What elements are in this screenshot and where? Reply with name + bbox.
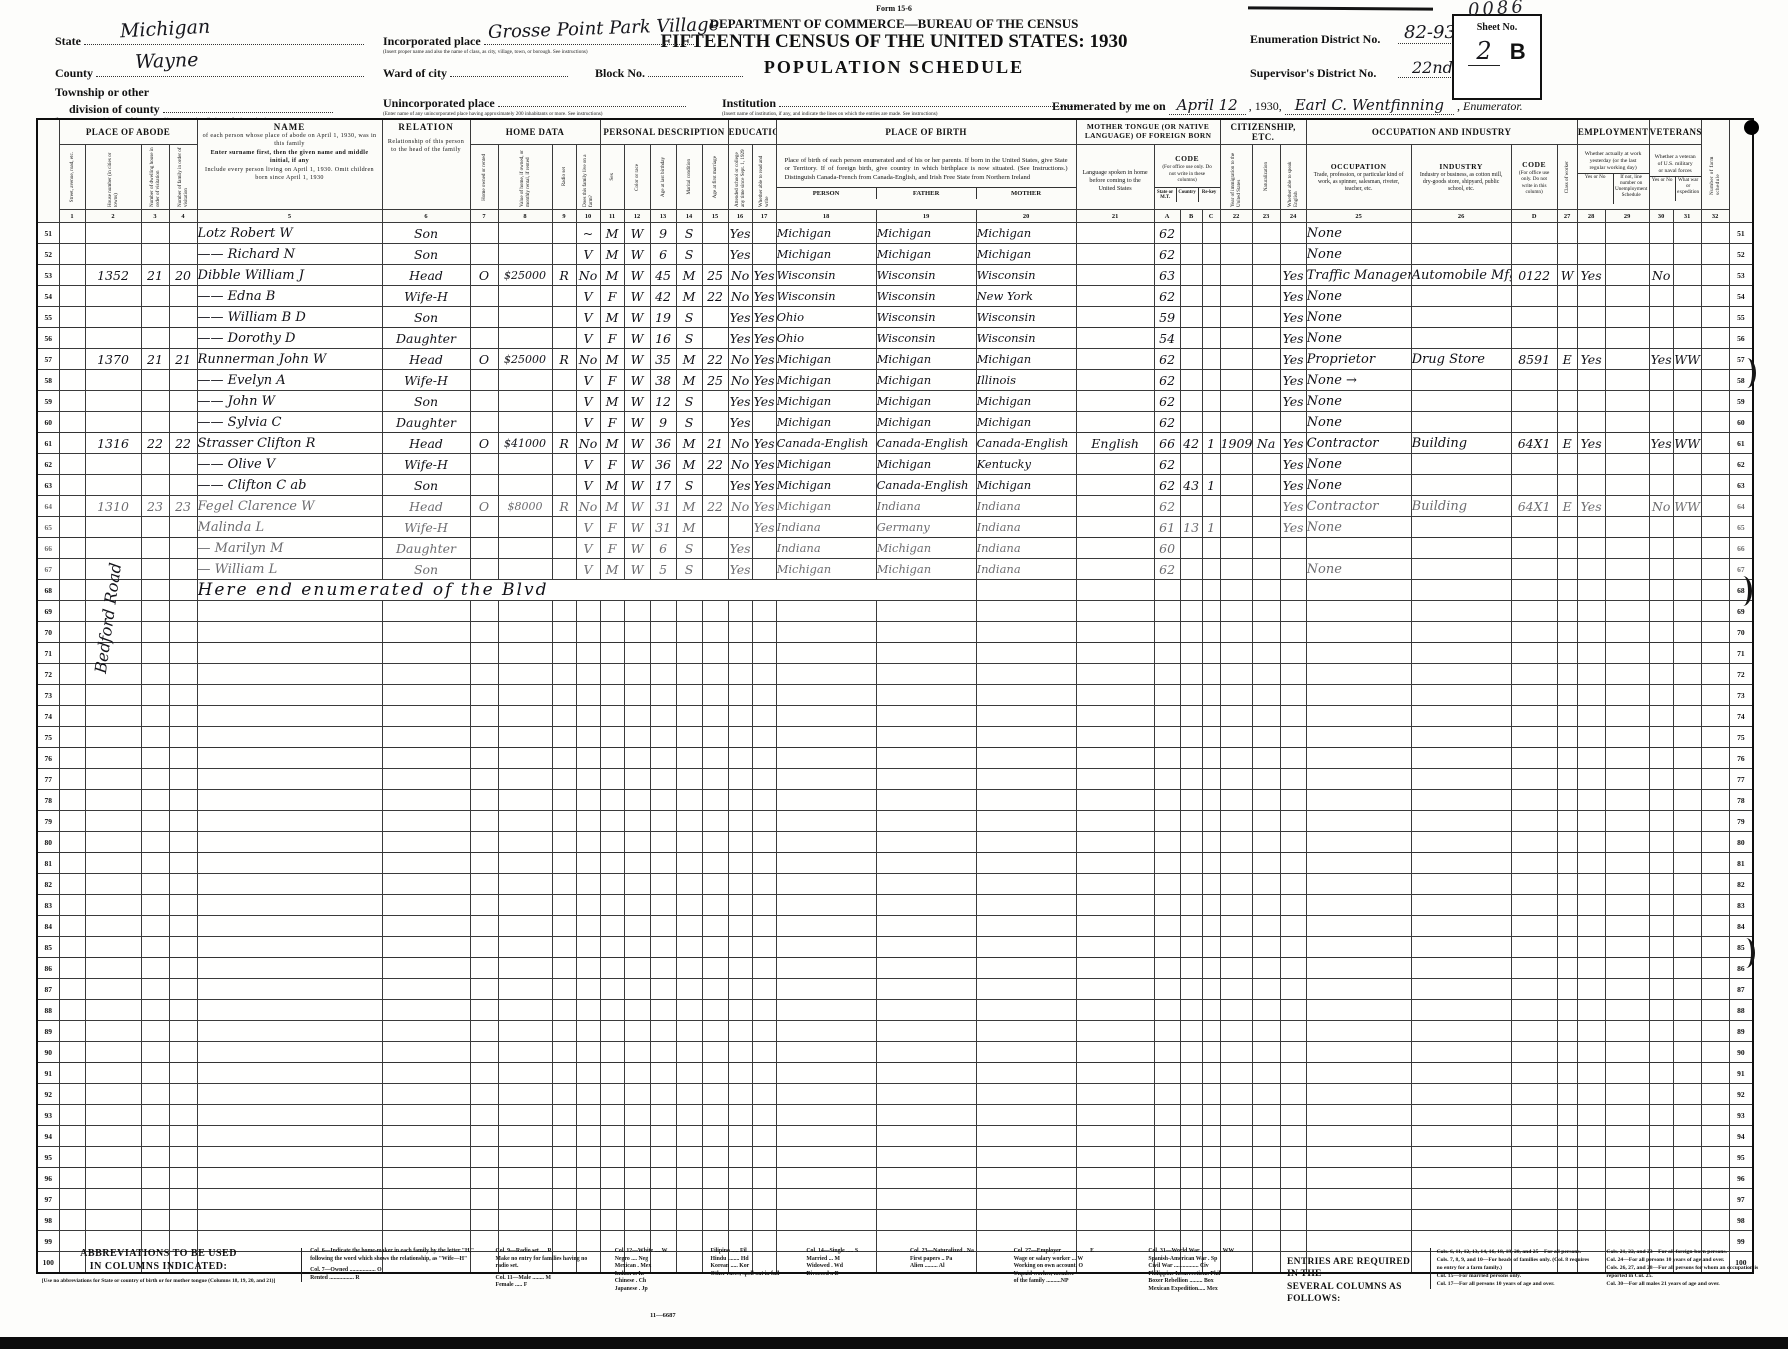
cell-dwell (141, 790, 169, 811)
cell-farm (576, 664, 600, 685)
cell-imm (1220, 538, 1252, 559)
cell-agem (702, 1042, 728, 1063)
cell-agem (702, 727, 728, 748)
cell-dwell (141, 391, 169, 412)
cell-cC (1202, 412, 1220, 433)
cell-house (85, 1168, 141, 1189)
cell-race (624, 1147, 650, 1168)
cell-farm (576, 601, 600, 622)
cell-age (650, 1189, 676, 1210)
cell-vet (1649, 307, 1673, 328)
cell-nat (1252, 769, 1280, 790)
cell-cD (1511, 412, 1557, 433)
cell-ind (1411, 622, 1511, 643)
schedule-row: 7575 (37, 727, 1753, 748)
cell-house (85, 538, 141, 559)
cell-farm (576, 1042, 600, 1063)
cell-rel: Son (382, 307, 470, 328)
cell-tng (1076, 454, 1154, 475)
cell-pbf (876, 1105, 976, 1126)
cell-dwell (141, 622, 169, 643)
cell-sex (600, 1021, 624, 1042)
cell-val (498, 286, 552, 307)
header-home-data: HOME DATA (470, 119, 600, 145)
cell-nat (1252, 1105, 1280, 1126)
cell-agem (702, 832, 728, 853)
cell-emp (1577, 1105, 1605, 1126)
cell-tng (1076, 370, 1154, 391)
cell-occ (1306, 748, 1411, 769)
cell-farm (576, 937, 600, 958)
cell-pbm: Michigan (976, 412, 1076, 433)
cell-cls (1557, 853, 1577, 874)
cell-occ: None → (1306, 370, 1411, 391)
cell-fs (1701, 958, 1729, 979)
cell-pbp (776, 1042, 876, 1063)
cell-cA: 62 (1154, 223, 1180, 244)
cell-fs (1701, 706, 1729, 727)
cell-unemp (1605, 559, 1649, 580)
column-number: 23 (1252, 210, 1280, 223)
cell-race: W (624, 244, 650, 265)
cell-race: W (624, 538, 650, 559)
row-number: 87 (1729, 979, 1753, 1000)
cell-fs (1701, 412, 1729, 433)
cell-radio (552, 391, 576, 412)
column-number: 7 (470, 210, 498, 223)
row-number: 53 (37, 265, 59, 286)
cell-pbf (876, 1063, 976, 1084)
cell-name (197, 1063, 382, 1084)
cell-occ: Contractor (1306, 496, 1411, 517)
cell-war (1673, 853, 1701, 874)
cell-pbm (976, 1021, 1076, 1042)
cell-sex (600, 706, 624, 727)
cell-war (1673, 244, 1701, 265)
cell-rel (382, 1084, 470, 1105)
row-number: 91 (37, 1063, 59, 1084)
row-number: 88 (37, 1000, 59, 1021)
cell-tng (1076, 475, 1154, 496)
cell-pbp (776, 664, 876, 685)
cell-emp (1577, 769, 1605, 790)
cell-unemp (1605, 727, 1649, 748)
cell-cB (1180, 1147, 1202, 1168)
cell-pbp (776, 1210, 876, 1231)
cell-race: W (624, 475, 650, 496)
cell-eng: Yes (1280, 454, 1306, 475)
cell-sex: F (600, 454, 624, 475)
cell-ten: O (470, 349, 498, 370)
cell-cls: E (1557, 496, 1577, 517)
cell-name (197, 1168, 382, 1189)
cell-race (624, 664, 650, 685)
cell-war (1673, 1210, 1701, 1231)
cell-agem (702, 1084, 728, 1105)
cell-rel: Head (382, 433, 470, 454)
cell-cC (1202, 1021, 1220, 1042)
cell-occ (1306, 1168, 1411, 1189)
cell-cD (1511, 286, 1557, 307)
cell-rel (382, 1021, 470, 1042)
cell-radio (552, 811, 576, 832)
cell-sch (728, 958, 752, 979)
cell-emp (1577, 664, 1605, 685)
col-class-of-worker: Class of worker (1557, 145, 1577, 210)
cell-pbp (776, 1084, 876, 1105)
cell-agem (702, 664, 728, 685)
schedule-row: 8686 (37, 958, 1753, 979)
cell-eng (1280, 643, 1306, 664)
cell-house (85, 748, 141, 769)
schedule-row: 5713702121Runnerman John WHeadO$25000RNo… (37, 349, 1753, 370)
cell-fam: 22 (169, 433, 197, 454)
cell-pbf (876, 748, 976, 769)
cell-house (85, 223, 141, 244)
cell-fam (169, 979, 197, 1000)
cell-cls (1557, 1021, 1577, 1042)
cell-street (59, 1021, 85, 1042)
cell-cD (1511, 895, 1557, 916)
cell-farm (576, 1105, 600, 1126)
cell-rel: Head (382, 349, 470, 370)
cell-age (650, 958, 676, 979)
cell-pbm (976, 1042, 1076, 1063)
cell-cA: 54 (1154, 328, 1180, 349)
cell-pbm (976, 832, 1076, 853)
cell-race: W (624, 433, 650, 454)
cell-cC (1202, 643, 1220, 664)
cell-sex: M (600, 223, 624, 244)
cell-name: —— Evelyn A (197, 370, 382, 391)
cell-sex: F (600, 517, 624, 538)
cell-val (498, 916, 552, 937)
cell-emp: Yes (1577, 265, 1605, 286)
schedule-row: 55—— William B DSonVMW19SYesYesOhioWisco… (37, 307, 1753, 328)
cell-nat (1252, 517, 1280, 538)
cell-sex: F (600, 370, 624, 391)
cell-race (624, 811, 650, 832)
cell-age (650, 790, 676, 811)
cell-cA (1154, 685, 1180, 706)
cell-ind: Drug Store (1411, 349, 1511, 370)
cell-house (85, 1042, 141, 1063)
cell-eng: Yes (1280, 370, 1306, 391)
cell-tng (1076, 412, 1154, 433)
cell-pbp (776, 853, 876, 874)
cell-emp (1577, 1168, 1605, 1189)
cell-occ (1306, 622, 1411, 643)
row-number: 77 (1729, 769, 1753, 790)
cell-tng (1076, 1147, 1154, 1168)
cell-cA (1154, 1105, 1180, 1126)
cell-tng (1076, 244, 1154, 265)
cell-fs (1701, 790, 1729, 811)
cell-pbm (976, 958, 1076, 979)
cell-ind (1411, 706, 1511, 727)
row-number: 58 (37, 370, 59, 391)
row-number: 83 (1729, 895, 1753, 916)
cell-name (197, 811, 382, 832)
cell-tng (1076, 643, 1154, 664)
cell-vet: Yes (1649, 349, 1673, 370)
cell-race (624, 1210, 650, 1231)
cell-street (59, 643, 85, 664)
cell-occ: Contractor (1306, 433, 1411, 454)
cell-sex (600, 832, 624, 853)
cell-unemp (1605, 496, 1649, 517)
cell-sex (600, 1147, 624, 1168)
cell-war (1673, 1105, 1701, 1126)
cell-cls (1557, 286, 1577, 307)
cell-fs (1701, 916, 1729, 937)
cell-house (85, 1126, 141, 1147)
cell-cA (1154, 1147, 1180, 1168)
cell-fam (169, 1021, 197, 1042)
row-number: 84 (1729, 916, 1753, 937)
cell-radio (552, 1147, 576, 1168)
cell-emp (1577, 454, 1605, 475)
cell-tng (1076, 958, 1154, 979)
cell-street (59, 664, 85, 685)
cell-nat (1252, 727, 1280, 748)
cell-farm (576, 832, 600, 853)
cell-imm (1220, 1126, 1252, 1147)
cell-radio (552, 832, 576, 853)
cell-radio (552, 790, 576, 811)
cell-rw (752, 1210, 776, 1231)
cell-tng (1076, 1042, 1154, 1063)
cell-fam (169, 1147, 197, 1168)
cell-rel (382, 874, 470, 895)
cell-emp (1577, 538, 1605, 559)
cell-ind (1411, 1189, 1511, 1210)
cell-fs (1701, 1042, 1729, 1063)
cell-pbp: Michigan (776, 412, 876, 433)
cell-war (1673, 391, 1701, 412)
row-number: 55 (1729, 307, 1753, 328)
cell-val (498, 559, 552, 580)
cell-fam (169, 643, 197, 664)
cell-tng (1076, 832, 1154, 853)
row-number: 94 (37, 1126, 59, 1147)
cell-imm (1220, 391, 1252, 412)
cell-cD: 0122 (1511, 265, 1557, 286)
abbr-col9: Col. 9—Radio set .... R Make no entry fo… (496, 1248, 601, 1271)
cell-tng (1076, 349, 1154, 370)
cell-pbp: Michigan (776, 223, 876, 244)
cell-imm (1220, 1189, 1252, 1210)
cell-vet (1649, 622, 1673, 643)
cell-house (85, 727, 141, 748)
cell-ind (1411, 307, 1511, 328)
cell-cB (1180, 1210, 1202, 1231)
col-speak-english: Whether able to speak English (1280, 145, 1306, 210)
cell-age (650, 1084, 676, 1105)
cell-war (1673, 475, 1701, 496)
cell-cls (1557, 1042, 1577, 1063)
cell-pbf (876, 811, 976, 832)
cell-nat (1252, 370, 1280, 391)
cell-cC (1202, 895, 1220, 916)
column-number: 31 (1673, 210, 1701, 223)
cell-ten (470, 517, 498, 538)
cell-eng (1280, 832, 1306, 853)
cell-val (498, 517, 552, 538)
cell-cB (1180, 307, 1202, 328)
cell-agem: 22 (702, 496, 728, 517)
cell-mar (676, 706, 702, 727)
cell-rw (752, 916, 776, 937)
column-number: 16 (728, 210, 752, 223)
cell-imm (1220, 244, 1252, 265)
cell-house (85, 790, 141, 811)
cell-name (197, 1105, 382, 1126)
cell-name (197, 643, 382, 664)
cell-ind (1411, 979, 1511, 1000)
cell-fam: 23 (169, 496, 197, 517)
row-number: 78 (37, 790, 59, 811)
schedule-row: 56—— Dorothy DDaughterVFW16SYesYesOhioWi… (37, 328, 1753, 349)
cell-eng (1280, 937, 1306, 958)
cell-sch (728, 706, 752, 727)
cell-occ (1306, 706, 1411, 727)
row-number: 62 (37, 454, 59, 475)
cell-war (1673, 412, 1701, 433)
cell-rw (752, 769, 776, 790)
cell-farm (576, 853, 600, 874)
cell-fam (169, 286, 197, 307)
cell-street (59, 1063, 85, 1084)
cell-cls (1557, 559, 1577, 580)
cell-ind (1411, 664, 1511, 685)
cell-war (1673, 328, 1701, 349)
cell-ind (1411, 874, 1511, 895)
cell-cB (1180, 769, 1202, 790)
cell-vet (1649, 1021, 1673, 1042)
cell-pbp (776, 727, 876, 748)
cell-radio (552, 664, 576, 685)
cell-rw (752, 748, 776, 769)
cell-pbp (776, 979, 876, 1000)
cell-rel (382, 1000, 470, 1021)
cell-dwell (141, 1210, 169, 1231)
cell-rel (382, 1042, 470, 1063)
cell-fs (1701, 937, 1729, 958)
cell-cD (1511, 769, 1557, 790)
cell-rw (752, 1168, 776, 1189)
cell-sex (600, 895, 624, 916)
cell-pbf (876, 1000, 976, 1021)
row-number: 74 (37, 706, 59, 727)
row-number: 82 (37, 874, 59, 895)
cell-cD (1511, 454, 1557, 475)
cell-occ (1306, 727, 1411, 748)
cell-val (498, 853, 552, 874)
schedule-row: 66— Marilyn MDaughterVFW6SYesIndianaMich… (37, 538, 1753, 559)
cell-sch: Yes (728, 244, 752, 265)
cell-dwell (141, 307, 169, 328)
cell-fs (1701, 1210, 1729, 1231)
cell-emp: Yes (1577, 496, 1605, 517)
cell-farm: No (576, 265, 600, 286)
cell-val (498, 1021, 552, 1042)
cell-tng (1076, 1021, 1154, 1042)
cell-dwell (141, 832, 169, 853)
cell-vet: No (1649, 496, 1673, 517)
cell-cA: 60 (1154, 538, 1180, 559)
cell-name (197, 727, 382, 748)
row-number: 56 (37, 328, 59, 349)
cell-race (624, 1126, 650, 1147)
cell-cA (1154, 916, 1180, 937)
cell-fs (1701, 601, 1729, 622)
cell-occ (1306, 769, 1411, 790)
cell-sex (600, 1063, 624, 1084)
cell-fam (169, 1189, 197, 1210)
cell-nat (1252, 643, 1280, 664)
cell-cls (1557, 538, 1577, 559)
cell-pbf (876, 853, 976, 874)
cell-nat (1252, 454, 1280, 475)
cell-nat: Na (1252, 433, 1280, 454)
cell-pbm (976, 1126, 1076, 1147)
cell-ten: O (470, 496, 498, 517)
cell-cB (1180, 685, 1202, 706)
abbr-title-1: ABBREVIATIONS TO BE USED (80, 1248, 237, 1259)
cell-sch: No (728, 433, 752, 454)
cell-cC (1202, 685, 1220, 706)
row-number: 72 (37, 664, 59, 685)
schedule-row: 8383 (37, 895, 1753, 916)
cell-cls (1557, 1147, 1577, 1168)
cell-farm (576, 748, 600, 769)
cell-pbf: Wisconsin (876, 265, 976, 286)
cell-cC (1202, 853, 1220, 874)
cell-vet (1649, 664, 1673, 685)
cell-radio (552, 517, 576, 538)
cell-nat (1252, 979, 1280, 1000)
cell-farm (576, 1021, 600, 1042)
cell-nat (1252, 874, 1280, 895)
cell-sex (600, 1210, 624, 1231)
cell-tng (1076, 916, 1154, 937)
cell-val (498, 664, 552, 685)
schedule-row: 9292 (37, 1084, 1753, 1105)
row-number: 66 (1729, 538, 1753, 559)
cell-cB (1180, 1084, 1202, 1105)
cell-name (197, 1189, 382, 1210)
cell-name (197, 832, 382, 853)
cell-ind (1411, 1021, 1511, 1042)
cell-pbp (776, 1105, 876, 1126)
cell-eng (1280, 1000, 1306, 1021)
cell-rw (752, 874, 776, 895)
cell-imm (1220, 349, 1252, 370)
cell-name: —— Edna B (197, 286, 382, 307)
cell-war (1673, 1189, 1701, 1210)
township-label-2: division of county (55, 102, 160, 116)
cell-pbm (976, 622, 1076, 643)
cell-sex (600, 790, 624, 811)
cell-house: 1370 (85, 349, 141, 370)
cell-race (624, 979, 650, 1000)
cell-imm (1220, 748, 1252, 769)
cell-fs (1701, 370, 1729, 391)
cell-emp (1577, 475, 1605, 496)
cell-eng: Yes (1280, 307, 1306, 328)
cell-rw (752, 853, 776, 874)
